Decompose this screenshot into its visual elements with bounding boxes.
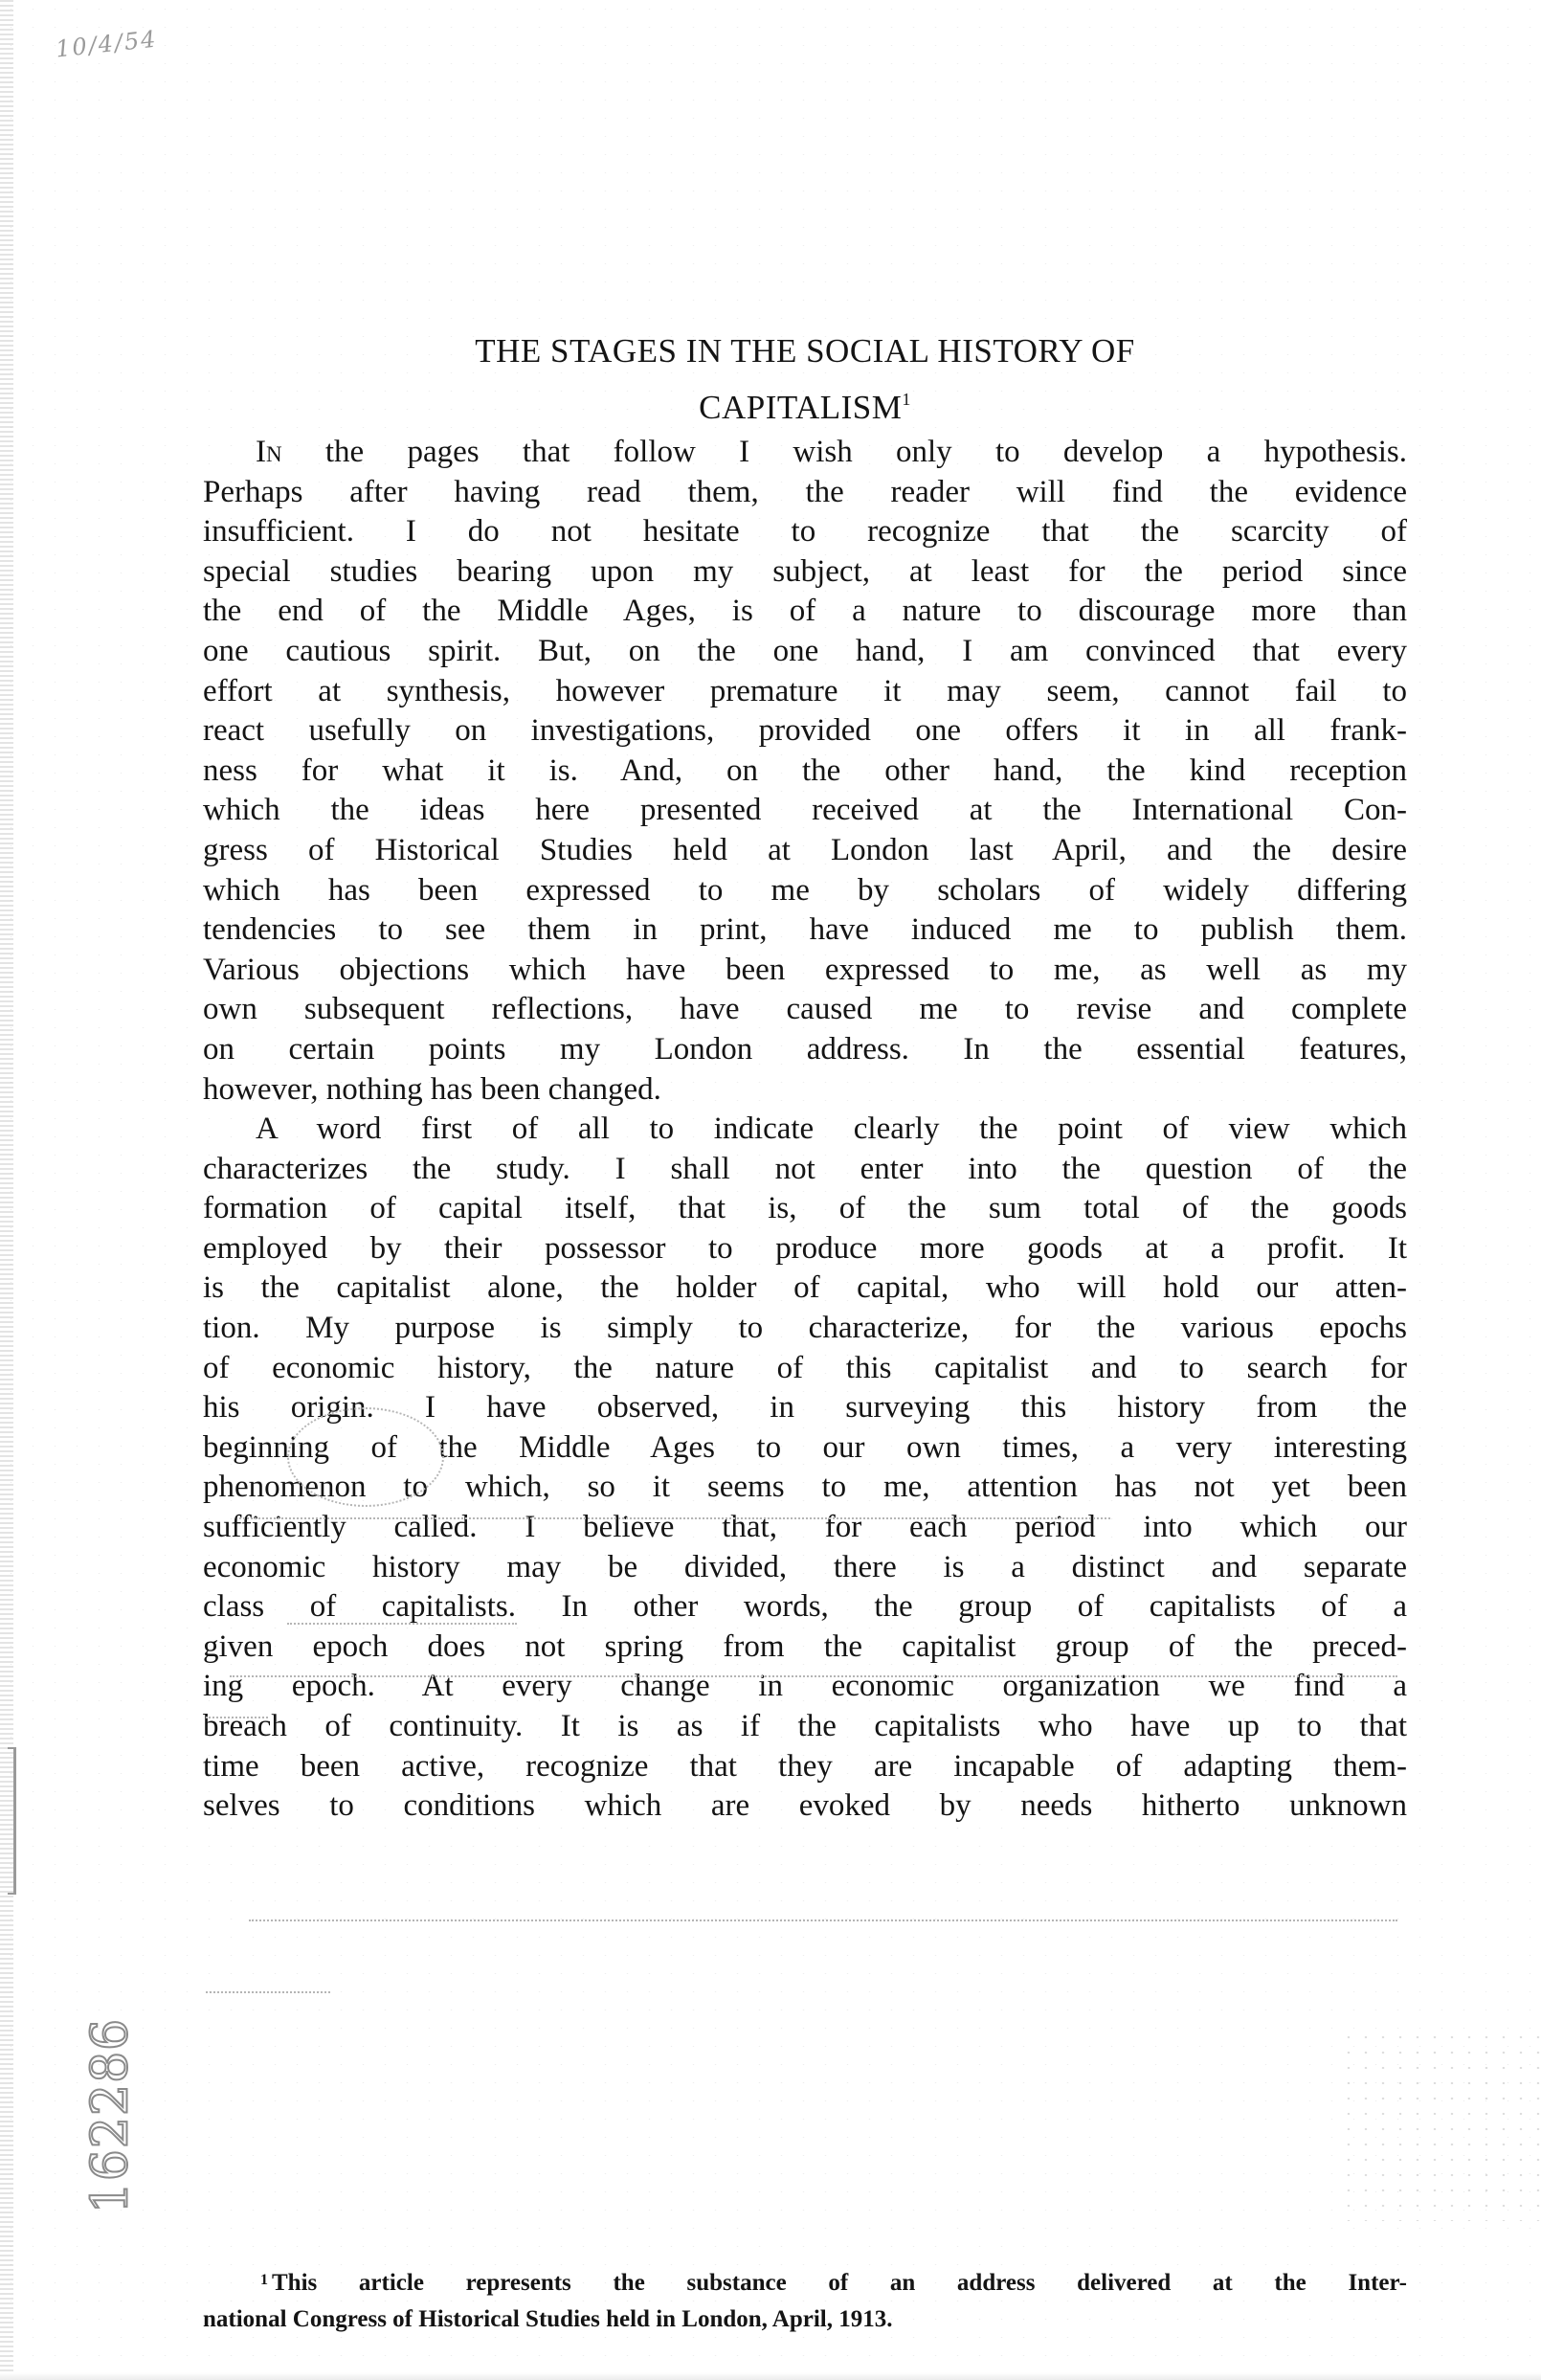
body-line: In the pages that follow I wish only to … bbox=[203, 433, 1407, 473]
body-line-paragraph-end: however, nothing has been changed. bbox=[203, 1070, 1407, 1111]
faded-print-area bbox=[1340, 2030, 1541, 2221]
body-line: class of capitalists. In other words, th… bbox=[203, 1587, 1407, 1628]
drop-smallcaps-first-word: In bbox=[256, 435, 282, 469]
body-line: the end of the Middle Ages, is of a natu… bbox=[203, 592, 1407, 632]
library-accession-stamp: 162286 bbox=[67, 1991, 153, 2240]
body-line: time been active, recognize that they ar… bbox=[203, 1747, 1407, 1787]
pencil-underline-annotation bbox=[287, 1623, 517, 1625]
body-line: Perhaps after having read them, the read… bbox=[203, 473, 1407, 513]
body-line: tion. My purpose is simply to characteri… bbox=[203, 1309, 1407, 1349]
pencil-underline-annotation bbox=[206, 1717, 268, 1718]
article-title-line-1: THE STAGES IN THE SOCIAL HISTORY OF bbox=[203, 328, 1407, 374]
pencil-underline-annotation bbox=[249, 1920, 1397, 1921]
body-line: ing epoch. At every change in economic o… bbox=[203, 1667, 1407, 1707]
pencil-underline-annotation bbox=[239, 1517, 1110, 1519]
body-line: which has been expressed to me by schola… bbox=[203, 871, 1407, 911]
scanned-page-edge bbox=[0, 0, 13, 2380]
title-text-2: CAPITALISM bbox=[699, 389, 902, 426]
body-line: characterizes the study. I shall not ent… bbox=[203, 1150, 1407, 1190]
body-line: of economic history, the nature of this … bbox=[203, 1349, 1407, 1389]
body-line: formation of capital itself, that is, of… bbox=[203, 1189, 1407, 1229]
body-line: insufficient. I do not hesitate to recog… bbox=[203, 512, 1407, 552]
body-line: own subsequent reflections, have caused … bbox=[203, 990, 1407, 1030]
body-line: selves to conditions which are evoked by… bbox=[203, 1786, 1407, 1827]
body-line: special studies bearing upon my subject,… bbox=[203, 552, 1407, 593]
pencil-underline-annotation bbox=[206, 1991, 330, 1993]
body-line: on certain points my London address. In … bbox=[203, 1030, 1407, 1070]
title-footnote-marker: 1 bbox=[902, 390, 911, 409]
body-line: breach of continuity. It is as if the ca… bbox=[203, 1707, 1407, 1747]
body-line: is the capitalist alone, the holder of c… bbox=[203, 1269, 1407, 1309]
body-line: tendencies to see them in print, have in… bbox=[203, 910, 1407, 951]
footnote-line-1: 1This article represents the substance o… bbox=[203, 2262, 1407, 2301]
body-line: one cautious spirit. But, on the one han… bbox=[203, 632, 1407, 672]
body-line: given epoch does not spring from the cap… bbox=[203, 1628, 1407, 1668]
body-line: react usefully on investigations, provid… bbox=[203, 711, 1407, 752]
footnote-marker: 1 bbox=[260, 2272, 268, 2288]
article-title-line-2: CAPITALISM1 bbox=[203, 376, 1407, 431]
title-text-1: THE STAGES IN THE SOCIAL HISTORY OF bbox=[475, 332, 1134, 370]
article-body: In the pages that follow I wish only to … bbox=[203, 433, 1407, 1827]
body-line-paragraph-start: A word first of all to indicate clearly … bbox=[203, 1110, 1407, 1150]
pencil-circle-annotation bbox=[287, 1407, 444, 1507]
footnote-line-2: national Congress of Historical Studies … bbox=[203, 2301, 1407, 2338]
footnote: 1This article represents the substance o… bbox=[203, 2262, 1407, 2338]
pencil-underline-annotation bbox=[230, 1675, 1397, 1677]
page-bottom-shadow bbox=[0, 2372, 1541, 2380]
body-line: gress of Historical Studies held at Lond… bbox=[203, 831, 1407, 871]
body-line: which the ideas here presented received … bbox=[203, 791, 1407, 831]
accession-number: 162286 bbox=[81, 2018, 139, 2214]
body-line: ness for what it is. And, on the other h… bbox=[203, 752, 1407, 792]
body-line: economic history may be divided, there i… bbox=[203, 1548, 1407, 1588]
body-line: effort at synthesis, however premature i… bbox=[203, 672, 1407, 712]
body-line: sufficiently called. I believe that, for… bbox=[203, 1508, 1407, 1548]
body-line: Various objections which have been expre… bbox=[203, 951, 1407, 991]
body-line: employed by their possessor to produce m… bbox=[203, 1229, 1407, 1269]
binding-mark bbox=[8, 1747, 16, 1895]
handwritten-date-note: 10/4/54 bbox=[55, 26, 159, 63]
